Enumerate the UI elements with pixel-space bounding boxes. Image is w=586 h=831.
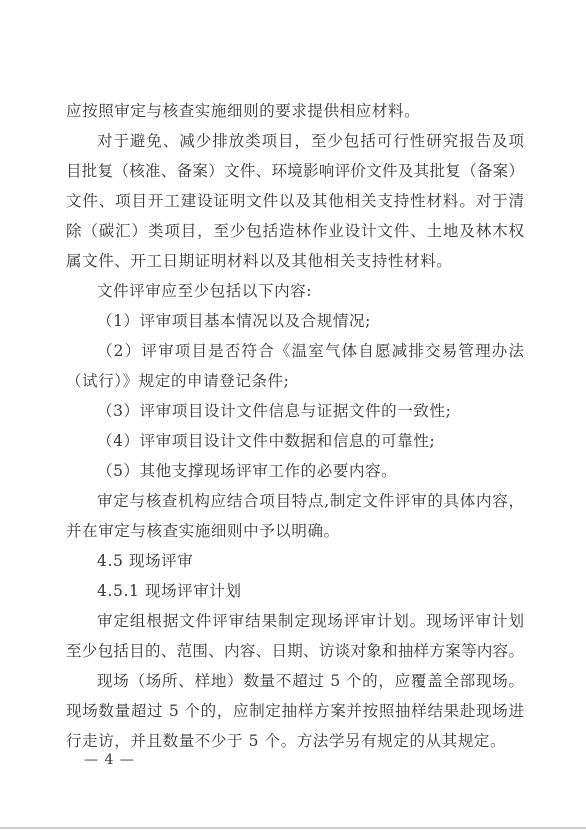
page-bottom-edge xyxy=(0,827,586,829)
text-line: 应按照审定与核查实施细则的要求提供相应材料。 xyxy=(66,96,524,126)
text-line: 属文件、开工日期证明材料以及其他相关支持性材料。 xyxy=(66,246,524,276)
text-line: 现场数量超过 5 个的，应制定抽样方案并按照抽样结果赴现场进 xyxy=(66,696,524,726)
text-line: 文件评审应至少包括以下内容: xyxy=(66,276,524,306)
heading-4-5: 4.5 现场评审 xyxy=(66,546,524,576)
text-line: 对于避免、减少排放类项目，至少包括可行性研究报告及项 xyxy=(66,126,524,156)
text-line: 审定与核查机构应结合项目特点,制定文件评审的具体内容， xyxy=(66,486,524,516)
document-body: 应按照审定与核查实施细则的要求提供相应材料。对于避免、减少排放类项目，至少包括可… xyxy=(66,96,524,756)
text-line: 审定组根据文件评审结果制定现场评审计划。现场评审计划 xyxy=(66,606,524,636)
text-line: （试行）》规定的申请登记条件; xyxy=(66,366,524,396)
text-line: 并在审定与核查实施细则中予以明确。 xyxy=(66,516,524,546)
list-item-3: （3）评审项目设计文件信息与证据文件的一致性; xyxy=(66,396,524,426)
text-line: 文件、项目开工建设证明文件以及其他相关支持性材料。对于清 xyxy=(66,186,524,216)
text-line: 目批复（核准、备案）文件、环境影响评价文件及其批复（备案） xyxy=(66,156,524,186)
list-item-1: （1）评审项目基本情况以及合规情况; xyxy=(66,306,524,336)
list-item-2: （2）评审项目是否符合《温室气体自愿减排交易管理办法 xyxy=(66,336,524,366)
document-page: 应按照审定与核查实施细则的要求提供相应材料。对于避免、减少排放类项目，至少包括可… xyxy=(0,0,586,831)
text-line: 至少包括目的、范围、内容、日期、访谈对象和抽样方案等内容。 xyxy=(66,636,524,666)
text-line: 现场（场所、样地）数量不超过 5 个的，应覆盖全部现场。 xyxy=(66,666,524,696)
heading-4-5-1: 4.5.1 现场评审计划 xyxy=(66,576,524,606)
list-item-4: （4）评审项目设计文件中数据和信息的可靠性; xyxy=(66,426,524,456)
list-item-5: （5）其他支撑现场评审工作的必要内容。 xyxy=(66,456,524,486)
text-line: 除（碳汇）类项目，至少包括造林作业设计文件、土地及林木权 xyxy=(66,216,524,246)
page-number: — 4 — xyxy=(84,753,135,768)
